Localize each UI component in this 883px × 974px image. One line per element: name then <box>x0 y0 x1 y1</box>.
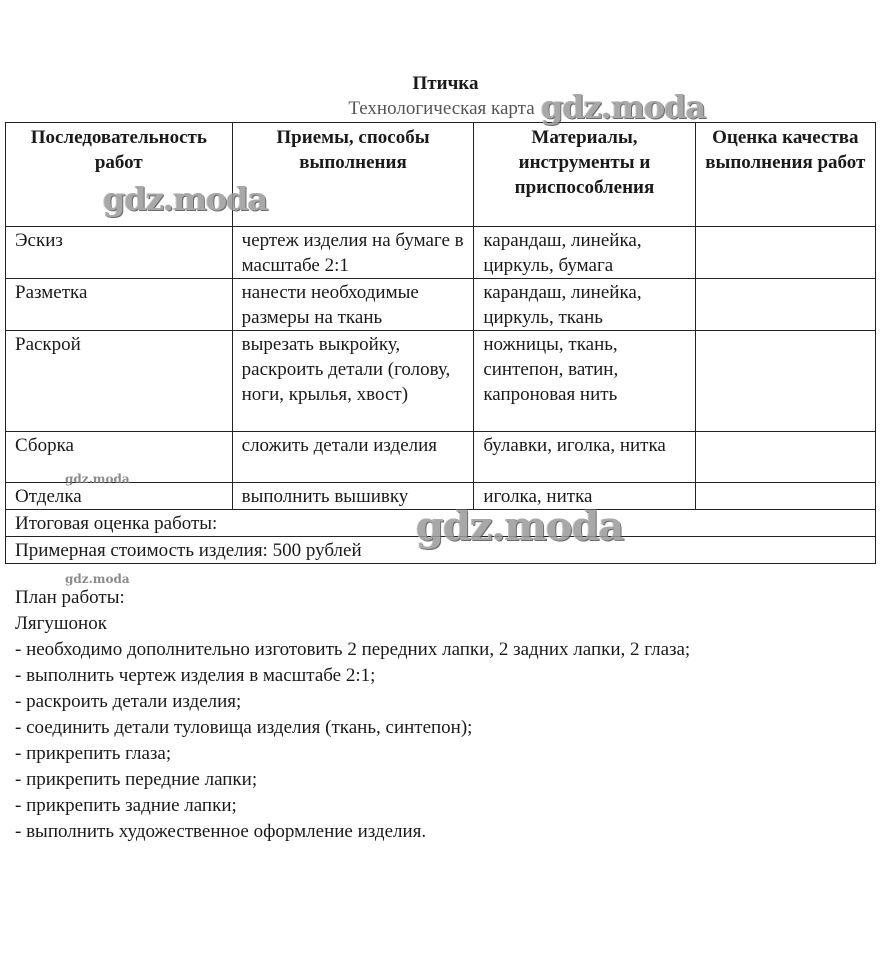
cell-materials: иголка, нитка <box>474 483 695 510</box>
cell-materials: карандаш, линейка, циркуль, ткань <box>474 279 695 331</box>
estimated-cost-row: Примерная стоимость изделия: 500 рублей <box>6 537 876 564</box>
plan-step: - прикрепить задние лапки; <box>15 793 690 819</box>
plan-step: - необходимо дополнительно изготовить 2 … <box>15 637 690 663</box>
header-materials: Материалы, инструменты и приспособления <box>474 123 695 227</box>
plan-step: - раскроить детали изделия; <box>15 689 690 715</box>
cell-method: чертеж изделия на бумаге в масштабе 2:1 <box>232 227 474 279</box>
cell-step: Разметка <box>6 279 233 331</box>
table-row: Эскиз чертеж изделия на бумаге в масштаб… <box>6 227 876 279</box>
cell-assessment <box>695 331 875 432</box>
table-row: Отделка выполнить вышивку иголка, нитка <box>6 483 876 510</box>
table-row: Сборка сложить детали изделия булавки, и… <box>6 432 876 483</box>
cell-assessment <box>695 227 875 279</box>
estimated-cost-label: Примерная стоимость изделия: 500 рублей <box>6 537 876 564</box>
watermark: gdz.moda <box>65 572 130 586</box>
table-row: Разметка нанести необходимые размеры на … <box>6 279 876 331</box>
header-sequence: Последовательность работ <box>6 123 233 227</box>
plan-step: - выполнить художественное оформление из… <box>15 819 690 845</box>
cell-method: выполнить вышивку <box>232 483 474 510</box>
plan-step: - прикрепить глаза; <box>15 741 690 767</box>
cell-materials: булавки, иголка, нитка <box>474 432 695 483</box>
total-assessment-row: Итоговая оценка работы: <box>6 510 876 537</box>
cell-step: Эскиз <box>6 227 233 279</box>
cell-method: вырезать выкройку, раскроить детали (гол… <box>232 331 474 432</box>
header-methods: Приемы, способы выполнения <box>232 123 474 227</box>
cell-materials: ножницы, ткань, синтепон, ватин, капроно… <box>474 331 695 432</box>
technology-card-table: Последовательность работ Приемы, способы… <box>5 122 876 564</box>
plan-step: - соединить детали туловища изделия (тка… <box>15 715 690 741</box>
cell-step: Раскрой <box>6 331 233 432</box>
cell-step: Сборка <box>6 432 233 483</box>
header-quality: Оценка качества выполнения работ <box>695 123 875 227</box>
cell-assessment <box>695 432 875 483</box>
document-title: Птичка <box>0 72 883 96</box>
work-plan: План работы: Лягушонок - необходимо допо… <box>15 585 690 845</box>
plan-product: Лягушонок <box>15 611 690 637</box>
table-header-row: Последовательность работ Приемы, способы… <box>6 123 876 227</box>
cell-materials: карандаш, линейка, циркуль, бумага <box>474 227 695 279</box>
cell-method: нанести необходимые размеры на ткань <box>232 279 474 331</box>
cell-method: сложить детали изделия <box>232 432 474 483</box>
plan-step: - выполнить чертеж изделия в масштабе 2:… <box>15 663 690 689</box>
plan-step: - прикрепить передние лапки; <box>15 767 690 793</box>
cell-step: Отделка <box>6 483 233 510</box>
cell-assessment <box>695 483 875 510</box>
total-assessment-label: Итоговая оценка работы: <box>6 510 876 537</box>
table-row: Раскрой вырезать выкройку, раскроить дет… <box>6 331 876 432</box>
document-subtitle: Технологическая карта <box>0 97 883 121</box>
cell-assessment <box>695 279 875 331</box>
plan-heading: План работы: <box>15 585 690 611</box>
